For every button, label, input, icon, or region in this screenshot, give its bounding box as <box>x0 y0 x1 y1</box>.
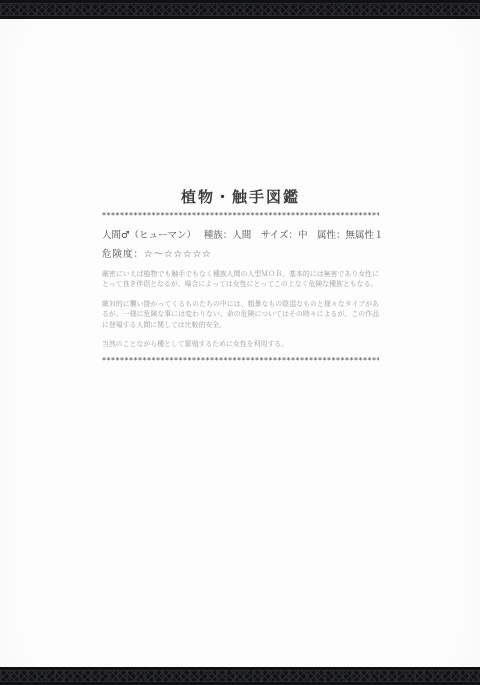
description-paragraph: 当然のことながら種として繁殖するために女性を利用する。 <box>102 339 379 349</box>
scanned-page: 植物・触手図鑑 ********************************… <box>0 0 480 685</box>
top-border-pattern <box>0 3 480 16</box>
description-paragraph: 敵対的に襲い掛かってくるものたちの中には、粗暴なもの陰湿なものと様々なタイプがあ… <box>102 299 379 330</box>
bottom-ornamental-border <box>0 667 480 685</box>
top-ornamental-border <box>0 0 480 19</box>
danger-rating-line: 危険度：☆～☆☆☆☆☆ <box>102 246 379 260</box>
asterisk-divider-top: ****************************************… <box>102 212 379 220</box>
bottom-border-pattern <box>0 670 480 682</box>
species-spec-line: 人間♂（ヒューマン） 種族：人間 サイズ：中 属性：無属性１ <box>102 227 379 241</box>
asterisk-divider-bottom: ****************************************… <box>102 357 379 365</box>
description-paragraph: 厳密にいえば植物でも触手でもなく種族人間の人型ＭＯＢ、基本的には無害であり女性に… <box>102 269 379 290</box>
page-title: 植物・触手図鑑 <box>102 186 379 207</box>
encyclopedia-entry: 植物・触手図鑑 ********************************… <box>102 186 379 365</box>
